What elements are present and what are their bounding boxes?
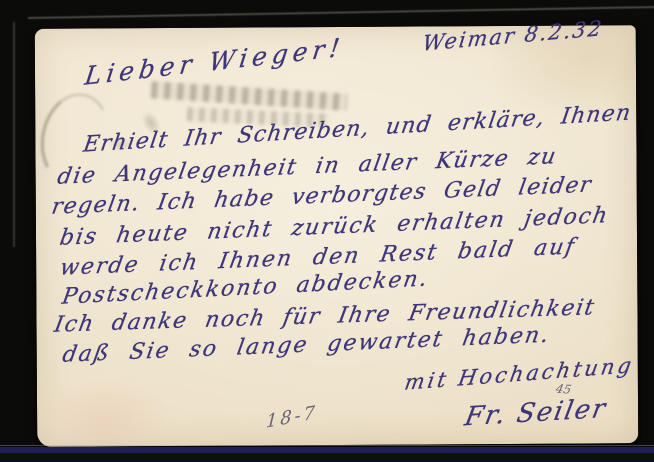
frame-edge-line <box>28 6 654 19</box>
pencil-note: 18-7 <box>265 402 318 433</box>
pencil-note: 45 <box>555 382 573 397</box>
handwritten-dateline: Weimar 8.2.32 <box>421 16 604 56</box>
frame-edge-line <box>0 445 654 446</box>
faded-stamp-smudge <box>151 81 348 110</box>
handwritten-signature: Fr. Seiler <box>462 394 609 433</box>
bottom-strip <box>0 453 654 462</box>
postcard: Weimar 8.2.32 Lieber Wieger! Erhielt Ihr… <box>35 25 639 447</box>
photo-background: Weimar 8.2.32 Lieber Wieger! Erhielt Ihr… <box>0 0 654 462</box>
frame-edge-line <box>13 22 15 247</box>
handwritten-closing: mit Hochachtung <box>403 353 636 395</box>
handwritten-salutation: Lieber Wieger! <box>83 32 346 90</box>
